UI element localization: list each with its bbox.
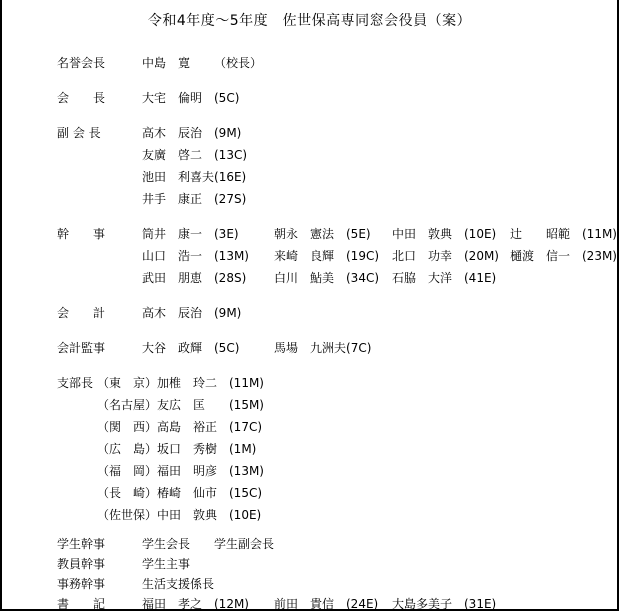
class-year: (28S) (214, 267, 246, 289)
section-faculty-secretary: 教員幹事 学生主事 (57, 554, 617, 574)
section-chairman: 会 長 大宅 倫明(5C) (57, 87, 617, 109)
table-row: （佐世保） 中田 敦典(10E) (57, 504, 617, 526)
section-secretaries: 幹 事 筒井 康一(3E) 朝永 憲法(5E) 中田 敦典(10E) 辻 昭範(… (57, 223, 617, 289)
member-name: 辻 昭範 (510, 223, 582, 245)
member-cell: 白川 鮎美(34C) (274, 267, 392, 289)
table-row: 書 記 福田 孝之(12M) 前田 貴信(24E) 大島多美子(31E) (57, 594, 617, 611)
member-name: 筒井 康一 (142, 223, 214, 245)
section-label: 名誉会長 (57, 52, 142, 74)
member-cell: 大谷 政輝(5C) (142, 337, 274, 359)
section-auditors: 会計監事 大谷 政輝(5C) 馬場 九洲夫(7C) (57, 337, 617, 359)
member-cell: 友広 匡(15M) (157, 394, 264, 416)
table-row: （関 西） 高島 裕正(17C) (57, 416, 617, 438)
member-name: 友広 匡 (157, 394, 229, 416)
member-cell: 中島 寛（校長） (142, 52, 262, 74)
class-year: (10E) (464, 223, 496, 245)
class-year: (23M) (582, 245, 617, 267)
table-row: （福 岡） 福田 明彦(13M) (57, 460, 617, 482)
section-label: 幹 事 (57, 223, 142, 245)
table-row: 事務幹事 生活支援係長 (57, 574, 617, 594)
section-label: 副 会 長 (57, 122, 142, 144)
member-cell: 辻 昭範(11M) (510, 223, 617, 245)
label-spacer (57, 245, 142, 267)
table-row: 副 会 長 高木 辰治(9M) (57, 122, 617, 144)
member-cell: 加椎 玲二(11M) (157, 372, 264, 394)
member-note: （校長） (214, 52, 262, 74)
member-name: 加椎 玲二 (157, 372, 229, 394)
class-year: (1M) (229, 438, 256, 460)
section-branch-managers: 支部長 （東 京） 加椎 玲二(11M) （名古屋） 友広 匡(15M) （関 … (57, 372, 617, 526)
class-year: (9M) (214, 122, 241, 144)
member-cell: 中田 敦典(10E) (157, 504, 261, 526)
member-name: 高島 裕正 (157, 416, 229, 438)
table-row: （名古屋） 友広 匡(15M) (57, 394, 617, 416)
table-row: 会 計 高木 辰治(9M) (57, 302, 617, 324)
member-cell: 高島 裕正(17C) (157, 416, 262, 438)
label-spacer (57, 416, 97, 438)
member-cell: 福田 明彦(13M) (157, 460, 264, 482)
section-label: 教員幹事 (57, 554, 142, 574)
member-name: 福田 明彦 (157, 460, 229, 482)
section-office-secretary: 事務幹事 生活支援係長 (57, 574, 617, 594)
member-cell: 来崎 良輝(19C) (274, 245, 392, 267)
member-name: 友廣 啓二 (142, 144, 214, 166)
member-cell: 前田 貴信(24E) (274, 594, 392, 611)
label-spacer (57, 267, 142, 289)
member-name: 山口 浩一 (142, 245, 214, 267)
member-cell: 友廣 啓二(13C) (142, 144, 247, 166)
label-spacer (57, 482, 97, 504)
branch-name: （長 崎） (97, 482, 157, 504)
member-name: 池田 利喜夫 (142, 166, 214, 188)
section-student-secretary: 学生幹事 学生会長 学生副会長 (57, 534, 617, 554)
member-cell: 馬場 九洲夫(7C) (274, 337, 371, 359)
table-row: 池田 利喜夫(16E) (57, 166, 617, 188)
member-name: 椿崎 仙市 (157, 482, 229, 504)
branch-name: （東 京） (97, 372, 157, 394)
member-name: 中田 敦典 (157, 504, 229, 526)
document-title: 令和4年度～5年度 佐世保高専同窓会役員（案） (2, 0, 617, 30)
table-row: 教員幹事 学生主事 (57, 554, 617, 574)
class-year: (12M) (214, 594, 249, 611)
member-cell: 朝永 憲法(5E) (274, 223, 392, 245)
class-year: (5C) (214, 87, 239, 109)
table-row: 名誉会長 中島 寛（校長） (57, 52, 617, 74)
table-row: 会 長 大宅 倫明(5C) (57, 87, 617, 109)
position-title: 学生会長 (142, 534, 214, 554)
label-spacer (57, 166, 142, 188)
member-name: 白川 鮎美 (274, 267, 346, 289)
member-name: 馬場 九洲夫 (274, 337, 346, 359)
member-cell: 高木 辰治(9M) (142, 122, 241, 144)
branch-name: （関 西） (97, 416, 157, 438)
section-label: 書 記 (57, 594, 142, 611)
class-year: (11M) (582, 223, 617, 245)
label-spacer (57, 504, 97, 526)
label-spacer (57, 394, 97, 416)
officer-list: 名誉会長 中島 寛（校長） 会 長 大宅 倫明(5C) 副 会 長 高木 辰治(… (2, 30, 617, 611)
branch-name: （佐世保） (97, 504, 157, 526)
class-year: (13C) (214, 144, 247, 166)
member-name: 樋渡 信一 (510, 245, 582, 267)
label-spacer (57, 460, 97, 482)
section-vice-chairmen: 副 会 長 高木 辰治(9M) 友廣 啓二(13C) 池田 利喜夫(16E) 井… (57, 122, 617, 210)
member-name: 大宅 倫明 (142, 87, 214, 109)
branch-name: （福 岡） (97, 460, 157, 482)
member-name: 中島 寛 (142, 52, 214, 74)
member-name: 大島多美子 (392, 594, 464, 611)
member-name: 北口 功幸 (392, 245, 464, 267)
member-cell: 大宅 倫明(5C) (142, 87, 239, 109)
member-name: 井手 康正 (142, 188, 214, 210)
class-year: (34C) (346, 267, 379, 289)
table-row: 友廣 啓二(13C) (57, 144, 617, 166)
table-row: 学生幹事 学生会長 学生副会長 (57, 534, 617, 554)
class-year: (20M) (464, 245, 499, 267)
class-year: (19C) (346, 245, 379, 267)
position-title: 学生副会長 (214, 534, 286, 554)
member-name: 朝永 憲法 (274, 223, 346, 245)
member-cell: 福田 孝之(12M) (142, 594, 274, 611)
member-cell: 山口 浩一(13M) (142, 245, 274, 267)
member-cell: 武田 朋恵(28S) (142, 267, 274, 289)
member-name: 石脇 大洋 (392, 267, 464, 289)
branch-name: （広 島） (97, 438, 157, 460)
member-cell: 池田 利喜夫(16E) (142, 166, 246, 188)
label-spacer (57, 188, 142, 210)
class-year: (5E) (346, 223, 371, 245)
table-row: 会計監事 大谷 政輝(5C) 馬場 九洲夫(7C) (57, 337, 617, 359)
section-label: 支部長 (57, 372, 97, 394)
class-year: (15C) (229, 482, 262, 504)
member-cell: 筒井 康一(3E) (142, 223, 274, 245)
label-spacer (57, 144, 142, 166)
section-accountant: 会 計 高木 辰治(9M) (57, 302, 617, 324)
class-year: (9M) (214, 302, 241, 324)
member-cell: 北口 功幸(20M) (392, 245, 510, 267)
class-year: (11M) (229, 372, 264, 394)
section-label: 事務幹事 (57, 574, 142, 594)
table-row: 山口 浩一(13M) 来崎 良輝(19C) 北口 功幸(20M) 樋渡 信一(2… (57, 245, 617, 267)
table-row: （広 島） 坂口 秀樹(1M) (57, 438, 617, 460)
member-name: 前田 貴信 (274, 594, 346, 611)
label-spacer (57, 438, 97, 460)
branch-name: （名古屋） (97, 394, 157, 416)
section-honorary-chairman: 名誉会長 中島 寛（校長） (57, 52, 617, 74)
class-year: (10E) (229, 504, 261, 526)
class-year: (15M) (229, 394, 264, 416)
class-year: (17C) (229, 416, 262, 438)
section-label: 会計監事 (57, 337, 142, 359)
class-year: (31E) (464, 594, 496, 611)
position-title: 生活支援係長 (142, 574, 214, 594)
document-page: 令和4年度～5年度 佐世保高専同窓会役員（案） 名誉会長 中島 寛（校長） 会 … (0, 0, 619, 611)
table-row: 武田 朋恵(28S) 白川 鮎美(34C) 石脇 大洋(41E) (57, 267, 617, 289)
table-row: 井手 康正(27S) (57, 188, 617, 210)
member-cell: 井手 康正(27S) (142, 188, 246, 210)
member-cell: 石脇 大洋(41E) (392, 267, 510, 289)
class-year: (41E) (464, 267, 496, 289)
class-year: (7C) (346, 337, 371, 359)
member-cell: 椿崎 仙市(15C) (157, 482, 262, 504)
member-cell: 中田 敦典(10E) (392, 223, 510, 245)
member-cell: 高木 辰治(9M) (142, 302, 241, 324)
section-clerks: 書 記 福田 孝之(12M) 前田 貴信(24E) 大島多美子(31E) (57, 594, 617, 611)
section-label: 会 長 (57, 87, 142, 109)
class-year: (16E) (214, 166, 246, 188)
class-year: (24E) (346, 594, 378, 611)
member-name: 中田 敦典 (392, 223, 464, 245)
member-name: 高木 辰治 (142, 302, 214, 324)
member-cell: 大島多美子(31E) (392, 594, 496, 611)
member-name: 福田 孝之 (142, 594, 214, 611)
class-year: (5C) (214, 337, 239, 359)
class-year: (27S) (214, 188, 246, 210)
member-cell: 坂口 秀樹(1M) (157, 438, 256, 460)
member-name: 大谷 政輝 (142, 337, 214, 359)
class-year: (13M) (214, 245, 249, 267)
section-label: 会 計 (57, 302, 142, 324)
member-name: 高木 辰治 (142, 122, 214, 144)
member-cell: 樋渡 信一(23M) (510, 245, 617, 267)
section-label: 学生幹事 (57, 534, 142, 554)
table-row: （長 崎） 椿崎 仙市(15C) (57, 482, 617, 504)
class-year: (3E) (214, 223, 239, 245)
class-year: (13M) (229, 460, 264, 482)
member-name: 来崎 良輝 (274, 245, 346, 267)
table-row: 支部長 （東 京） 加椎 玲二(11M) (57, 372, 617, 394)
member-name: 武田 朋恵 (142, 267, 214, 289)
member-name: 坂口 秀樹 (157, 438, 229, 460)
table-row: 幹 事 筒井 康一(3E) 朝永 憲法(5E) 中田 敦典(10E) 辻 昭範(… (57, 223, 617, 245)
position-title: 学生主事 (142, 554, 214, 574)
